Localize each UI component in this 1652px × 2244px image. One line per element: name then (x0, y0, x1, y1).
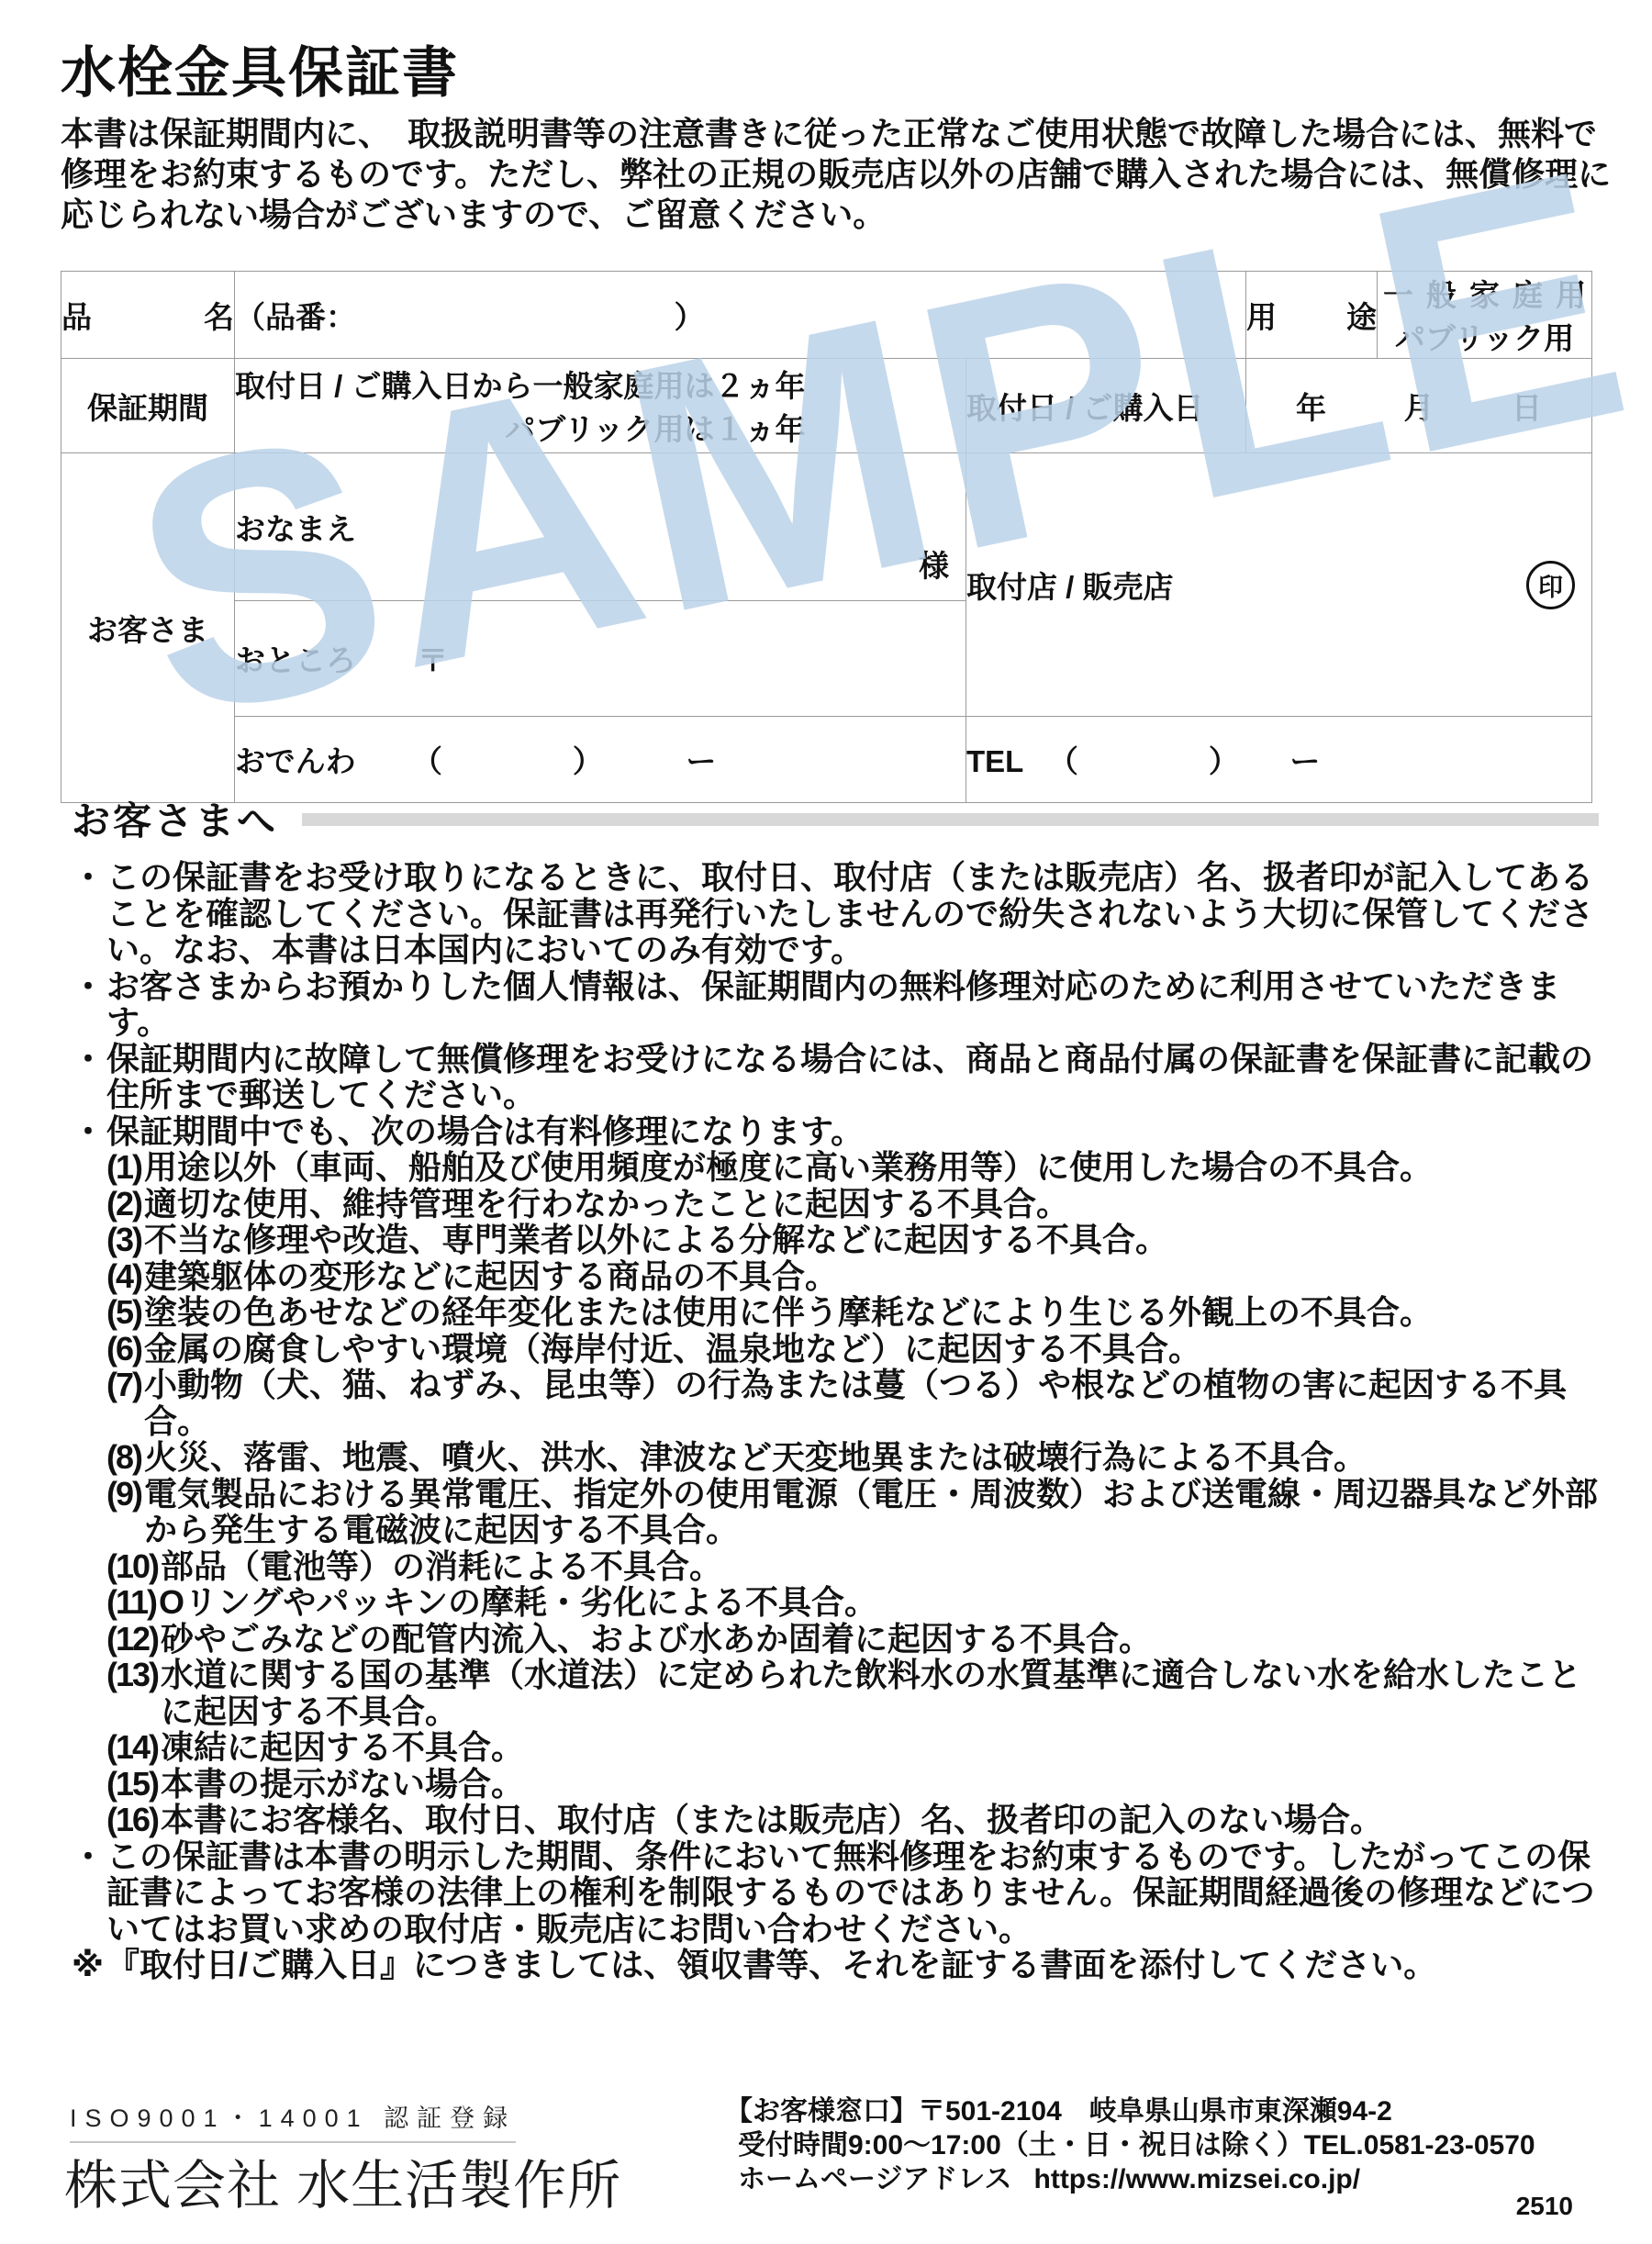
bullet-text: 『取付日/ご購入日』につきましては、領収書等、それを証する書面を添付してください… (106, 1947, 1602, 1983)
note-bullet: ・ この保証書は本書の明示した期間、条件において無料修理をお約束するものです。し… (72, 1838, 1602, 1948)
paid-repair-case: (8) 火災、落雷、地震、噴火、洪水、津波など天変地異または破壊行為による不具合… (72, 1439, 1602, 1476)
case-number: (13) (106, 1657, 161, 1729)
bullet-marker: ・ (72, 1113, 106, 1150)
case-number: (6) (106, 1331, 144, 1368)
case-text: 水道に関する国の基準（水道法）に定められた飲料水の水質基準に適合しない水を給水し… (161, 1657, 1602, 1729)
case-number: (12) (106, 1621, 161, 1658)
postal-mark: 〒 (418, 643, 448, 677)
customer-address-field: おところ 〒 (235, 601, 966, 717)
paid-repair-case: (1) 用途以外（車両、船舶及び使用頻度が極度に高い業務用等）に使用した場合の不… (72, 1149, 1602, 1186)
case-text: 小動物（犬、猫、ねずみ、昆虫等）の行為または蔓（つる）や根などの植物の害に起因す… (144, 1367, 1602, 1439)
warranty-document-page: 水栓金具保証書 本書は保証期間内に、 取扱説明書等の注意書きに従った正常なご使用… (0, 0, 1652, 2244)
contact-line-address: 【お客様窓口】〒501-2104 岐阜県山県市東深瀬94-2 (725, 2094, 1535, 2128)
bullet-text: 保証期間内に故障して無償修理をお受けになる場合には、商品と商品付属の保証書を保証… (106, 1041, 1602, 1113)
warranty-period-text: 取付日 / ご購入日から一般家庭用は２ヵ年 パブリック用は１ヵ年 (235, 359, 966, 453)
case-text: Oリングやパッキンの摩耗・劣化による不具合。 (159, 1584, 1602, 1621)
customer-phone-label: おでんわ (235, 744, 356, 778)
shop-tel-blank: （ ） ー (1048, 744, 1323, 778)
bullet-marker: ※ (72, 1947, 106, 1983)
case-text: 適切な使用、維持管理を行わなかったことに起因する不具合。 (144, 1186, 1602, 1222)
usage-label: 用 途 (1246, 272, 1378, 359)
note-bullet: ※ 『取付日/ご購入日』につきましては、領収書等、それを証する書面を添付してくだ… (72, 1947, 1602, 1983)
case-number: (2) (106, 1186, 144, 1222)
customer-phone-blank: （ ） ー (412, 744, 719, 778)
company-name: 株式会社 水生活製作所 (64, 2142, 621, 2219)
usage-options: 一般家庭用 パブリック用 (1378, 272, 1592, 359)
homepage-url: https://www.mizsei.co.jp/ (1034, 2164, 1361, 2194)
general-notes: ・ この保証書をお受け取りになるときに、取付日、取付店（または販売店）名、扱者印… (72, 859, 1602, 1149)
bullet-text: この保証書をお受け取りになるときに、取付日、取付店（または販売店）名、扱者印が記… (106, 859, 1602, 968)
paid-repair-case: (4) 建築躯体の変形などに起因する商品の不具合。 (72, 1258, 1602, 1295)
customer-label: お客さま (61, 453, 235, 803)
case-text: 火災、落雷、地震、噴火、洪水、津波など天変地異または破壊行為による不具合。 (144, 1439, 1602, 1476)
case-text: 塗装の色あせなどの経年変化または使用に伴う摩耗などにより生じる外観上の不具合。 (144, 1294, 1602, 1331)
table-row-warranty-period: 保証期間 取付日 / ご購入日から一般家庭用は２ヵ年 パブリック用は１ヵ年 取付… (61, 359, 1592, 453)
paid-repair-case: (16) 本書にお客様名、取付日、取付店（または販売店）名、扱者印の記入のない場… (72, 1802, 1602, 1838)
case-number: (11) (106, 1584, 159, 1621)
case-text: 不当な修理や改造、専門業者以外による分解などに起因する不具合。 (144, 1222, 1602, 1258)
case-text: 本書にお客様名、取付日、取付店（または販売店）名、扱者印の記入のない場合。 (161, 1802, 1602, 1838)
paid-repair-case: (15) 本書の提示がない場合。 (72, 1766, 1602, 1803)
paid-repair-case: (11) Oリングやパッキンの摩耗・劣化による不具合。 (72, 1584, 1602, 1621)
doc-code: 2510 (1516, 2192, 1573, 2221)
note-bullet: ・ 保証期間内に故障して無償修理をお受けになる場合には、商品と商品付属の保証書を… (72, 1041, 1602, 1113)
case-text: 用途以外（車両、船舶及び使用頻度が極度に高い業務用等）に使用した場合の不具合。 (144, 1149, 1602, 1186)
notes-list: ・ この保証書をお受け取りになるときに、取付日、取付店（または販売店）名、扱者印… (72, 859, 1602, 1983)
usage-option-household: 一般家庭用 (1378, 272, 1591, 315)
customer-name-suffix: 様 (919, 542, 949, 586)
purchase-date-blank-field: 年 月 日 (1246, 359, 1592, 453)
warranty-period-line2: パブリック用は１ヵ年 (235, 406, 806, 449)
bullet-text: 保証期間中でも、次の場合は有料修理になります。 (106, 1113, 1602, 1150)
customers-section-heading: お客さまへ (72, 791, 1599, 846)
customer-address-label: おところ (235, 643, 356, 677)
customer-name-label: おなまえ (235, 512, 356, 546)
warranty-info-table: 品 名 （品番： ） 用 途 一般家庭用 パブリック用 保証期間 取付日 / ご… (61, 271, 1592, 803)
date-month-label: 月 (1404, 385, 1434, 428)
case-number: (16) (106, 1802, 161, 1838)
case-number: (10) (106, 1548, 161, 1585)
bullet-marker: ・ (72, 859, 106, 968)
case-number: (1) (106, 1149, 144, 1186)
contact-block: 【お客様窓口】〒501-2104 岐阜県山県市東深瀬94-2 受付時間9:00～… (725, 2094, 1535, 2196)
bullet-text: この保証書は本書の明示した期間、条件において無料修理をお約束するものです。したが… (106, 1838, 1602, 1948)
customer-name-field: おなまえ 様 (235, 453, 966, 601)
heading-rule (302, 813, 1599, 826)
table-row-customer-phone: おでんわ （ ） ー TEL （ ） ー (61, 717, 1592, 803)
case-text: 部品（電池等）の消耗による不具合。 (161, 1548, 1602, 1585)
case-number: (7) (106, 1367, 144, 1439)
paid-repair-case: (5) 塗装の色あせなどの経年変化または使用に伴う摩耗などにより生じる外観上の不… (72, 1294, 1602, 1331)
paid-repair-case: (12) 砂やごみなどの配管内流入、および水あか固着に起因する不具合。 (72, 1621, 1602, 1658)
shop-tel-field: TEL （ ） ー (966, 717, 1592, 803)
paid-repair-case: (6) 金属の腐食しやすい環境（海岸付近、温泉地など）に起因する不具合。 (72, 1331, 1602, 1368)
note-bullet: ・ 保証期間中でも、次の場合は有料修理になります。 (72, 1113, 1602, 1150)
case-text: 本書の提示がない場合。 (161, 1766, 1602, 1803)
case-number: (15) (106, 1766, 161, 1803)
note-bullet: ・ お客さまからお預かりした個人情報は、保証期間内の無料修理対応のために利用させ… (72, 968, 1602, 1041)
shop-tel-label: TEL (966, 744, 1023, 778)
warranty-period-line1: 取付日 / ご購入日から一般家庭用は２ヵ年 (235, 363, 806, 406)
date-day-label: 日 (1512, 385, 1542, 428)
shop-label: 取付店 / 販売店 (966, 570, 1174, 604)
note-bullet: ・ この保証書をお受け取りになるときに、取付日、取付店（または販売店）名、扱者印… (72, 859, 1602, 968)
case-number: (3) (106, 1222, 144, 1258)
date-year-label: 年 (1296, 385, 1326, 428)
table-row-product: 品 名 （品番： ） 用 途 一般家庭用 パブリック用 (61, 272, 1592, 359)
closing-notes: ・ この保証書は本書の明示した期間、条件において無料修理をお約束するものです。し… (72, 1838, 1602, 1983)
section-title: お客さまへ (72, 791, 278, 846)
warranty-period-label: 保証期間 (61, 359, 235, 453)
intro-paragraph: 本書は保証期間内に、 取扱説明書等の注意書きに従った正常なご使用状態で故障した場… (61, 114, 1613, 235)
purchase-date-label: 取付日 / ご購入日 (966, 359, 1246, 453)
shop-field: 取付店 / 販売店 印 (966, 453, 1592, 717)
case-text: 建築躯体の変形などに起因する商品の不具合。 (144, 1258, 1602, 1295)
contact-line-hours: 受付時間9:00～17:00（土・日・祝日は除く）TEL.0581-23-057… (725, 2128, 1535, 2162)
contact-line-homepage: ホームページアドレスhttps://www.mizsei.co.jp/ (725, 2162, 1535, 2196)
case-text: 金属の腐食しやすい環境（海岸付近、温泉地など）に起因する不具合。 (144, 1331, 1602, 1368)
contact-address: 〒501-2104 岐阜県山県市東深瀬94-2 (918, 2096, 1392, 2127)
seal-stamp-icon: 印 (1526, 561, 1575, 609)
case-number: (4) (106, 1258, 144, 1295)
bullet-text: お客さまからお預かりした個人情報は、保証期間内の無料修理対応のために利用させてい… (106, 968, 1602, 1041)
table-row-customer-name: お客さま おなまえ 様 取付店 / 販売店 印 (61, 453, 1592, 601)
page-title: 水栓金具保証書 (61, 44, 459, 103)
paid-repair-case: (3) 不当な修理や改造、専門業者以外による分解などに起因する不具合。 (72, 1222, 1602, 1258)
case-number: (9) (106, 1476, 144, 1548)
case-text: 電気製品における異常電圧、指定外の使用電源（電圧・周波数）および送電線・周辺器具… (144, 1476, 1602, 1548)
paid-repair-case: (9) 電気製品における異常電圧、指定外の使用電源（電圧・周波数）および送電線・… (72, 1476, 1602, 1548)
homepage-label: ホームページアドレス (738, 2164, 1012, 2194)
paid-repair-case: (10) 部品（電池等）の消耗による不具合。 (72, 1548, 1602, 1585)
product-code-blank-field: （品番： ） (235, 272, 1246, 359)
bullet-marker: ・ (72, 1838, 106, 1948)
case-number: (8) (106, 1439, 144, 1476)
case-text: 凍結に起因する不具合。 (161, 1729, 1602, 1766)
contact-window-label: 【お客様窓口】 (725, 2096, 918, 2127)
case-text: 砂やごみなどの配管内流入、および水あか固着に起因する不具合。 (161, 1621, 1602, 1658)
product-name-label: 品 名 (61, 272, 235, 359)
paid-repair-cases: (1) 用途以外（車両、船舶及び使用頻度が極度に高い業務用等）に使用した場合の不… (72, 1149, 1602, 1838)
case-number: (5) (106, 1294, 144, 1331)
paid-repair-case: (13) 水道に関する国の基準（水道法）に定められた飲料水の水質基準に適合しない… (72, 1657, 1602, 1729)
paid-repair-case: (14) 凍結に起因する不具合。 (72, 1729, 1602, 1766)
case-number: (14) (106, 1729, 161, 1766)
bullet-marker: ・ (72, 1041, 106, 1113)
paid-repair-case: (2) 適切な使用、維持管理を行わなかったことに起因する不具合。 (72, 1186, 1602, 1222)
bullet-marker: ・ (72, 968, 106, 1041)
paid-repair-case: (7) 小動物（犬、猫、ねずみ、昆虫等）の行為または蔓（つる）や根などの植物の害… (72, 1367, 1602, 1439)
customer-phone-field: おでんわ （ ） ー (235, 717, 966, 803)
iso-certification-label: ISO9001・14001 認証登録 (70, 2098, 516, 2143)
usage-option-public: パブリック用 (1378, 315, 1591, 358)
